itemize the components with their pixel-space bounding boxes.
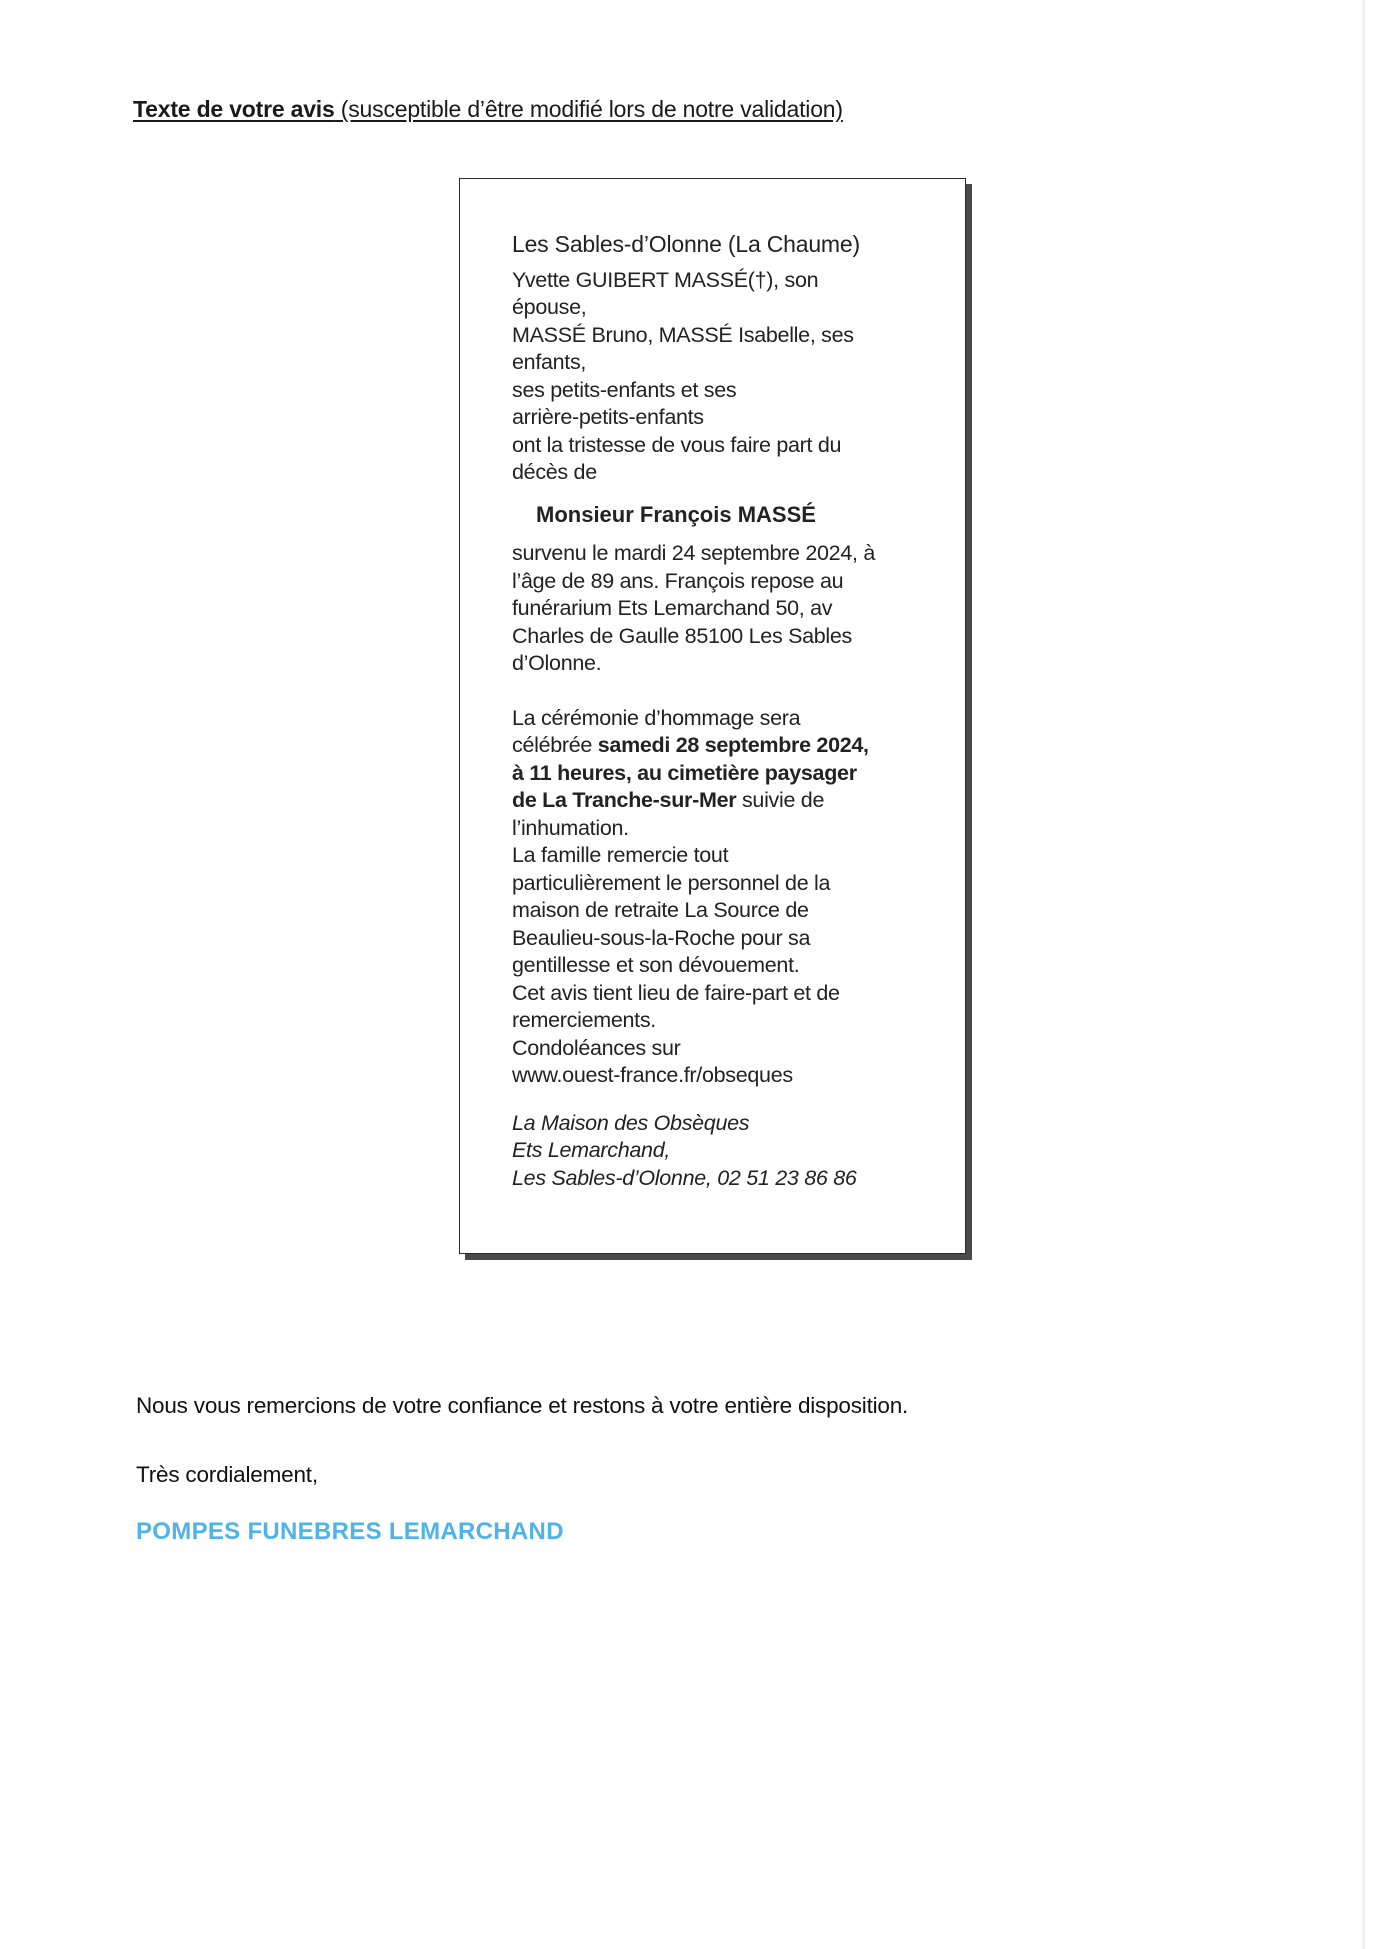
details-line: l’âge de 89 ans. François repose au bbox=[512, 568, 942, 596]
thanks-line: Condoléances sur bbox=[512, 1035, 942, 1063]
deceased-name: Monsieur François MASSÉ bbox=[536, 501, 942, 529]
thanks-line: La famille remercie tout bbox=[512, 842, 942, 870]
thanks-line: Beaulieu-sous-la-Roche pour sa bbox=[512, 925, 942, 953]
ceremony-block: La cérémonie d’hommage sera célébrée sam… bbox=[512, 705, 942, 843]
thanks-line: particulièrement le personnel de la bbox=[512, 870, 942, 898]
thanks-line: Cet avis tient lieu de faire-part et de bbox=[512, 980, 942, 1008]
ceremony-line: La cérémonie d’hommage sera bbox=[512, 705, 942, 733]
family-line: épouse, bbox=[512, 294, 942, 322]
thanks-line: maison de retraite La Source de bbox=[512, 897, 942, 925]
ceremony-line: de La Tranche-sur-Mer suivie de bbox=[512, 787, 942, 815]
family-line: arrière-petits-enfants bbox=[512, 404, 942, 432]
details-line: survenu le mardi 24 septembre 2024, à bbox=[512, 540, 942, 568]
signature-line: Les Sables-d’Olonne, 02 51 23 86 86 bbox=[512, 1165, 942, 1193]
family-block: Yvette GUIBERT MASSÉ(†), son épouse, MAS… bbox=[512, 267, 942, 487]
signature-line: La Maison des Obsèques bbox=[512, 1110, 942, 1138]
closing-salutation: Très cordialement, bbox=[136, 1462, 318, 1488]
ceremony-date: samedi 28 septembre 2024, bbox=[598, 733, 869, 757]
family-line: ses petits-enfants et ses bbox=[512, 377, 942, 405]
thanks-block: La famille remercie tout particulièremen… bbox=[512, 842, 942, 1090]
thanks-line: remerciements. bbox=[512, 1007, 942, 1035]
ceremony-time-place: à 11 heures, au cimetière paysager bbox=[512, 760, 942, 788]
family-line: décès de bbox=[512, 459, 942, 487]
thanks-line: gentillesse et son dévouement. bbox=[512, 952, 942, 980]
company-signature: POMPES FUNEBRES LEMARCHAND bbox=[136, 1518, 564, 1546]
family-line: MASSÉ Bruno, MASSÉ Isabelle, ses bbox=[512, 322, 942, 350]
signature-line: Ets Lemarchand, bbox=[512, 1137, 942, 1165]
family-line: enfants, bbox=[512, 349, 942, 377]
family-line: Yvette GUIBERT MASSÉ(†), son bbox=[512, 267, 942, 295]
ceremony-line: célébrée samedi 28 septembre 2024, bbox=[512, 732, 942, 760]
ceremony-line: l’inhumation. bbox=[512, 815, 942, 843]
notice-content: Les Sables-d’Olonne (La Chaume) Yvette G… bbox=[512, 231, 942, 1192]
condolences-url: www.ouest-france.fr/obseques bbox=[512, 1062, 942, 1090]
details-line: d’Olonne. bbox=[512, 650, 942, 678]
details-line: funérarium Ets Lemarchand 50, av bbox=[512, 595, 942, 623]
family-line: ont la tristesse de vous faire part du bbox=[512, 432, 942, 460]
heading-title: Texte de votre avis bbox=[133, 96, 335, 122]
ceremony-text: célébrée bbox=[512, 733, 598, 757]
closing-thanks: Nous vous remercions de votre confiance … bbox=[136, 1393, 908, 1419]
ceremony-place: de La Tranche-sur-Mer bbox=[512, 788, 736, 812]
ceremony-text: suivie de bbox=[736, 788, 824, 812]
obituary-notice: Les Sables-d’Olonne (La Chaume) Yvette G… bbox=[459, 178, 966, 1254]
funeral-home-signature: La Maison des Obsèques Ets Lemarchand, L… bbox=[512, 1110, 942, 1193]
scan-edge bbox=[1362, 0, 1365, 1949]
notice-city: Les Sables-d’Olonne (La Chaume) bbox=[512, 231, 942, 259]
details-line: Charles de Gaulle 85100 Les Sables bbox=[512, 623, 942, 651]
heading-note: (susceptible d’être modifié lors de notr… bbox=[335, 96, 843, 122]
details-block: survenu le mardi 24 septembre 2024, à l’… bbox=[512, 540, 942, 678]
spacer bbox=[512, 678, 942, 705]
section-heading: Texte de votre avis (susceptible d’être … bbox=[133, 96, 843, 123]
